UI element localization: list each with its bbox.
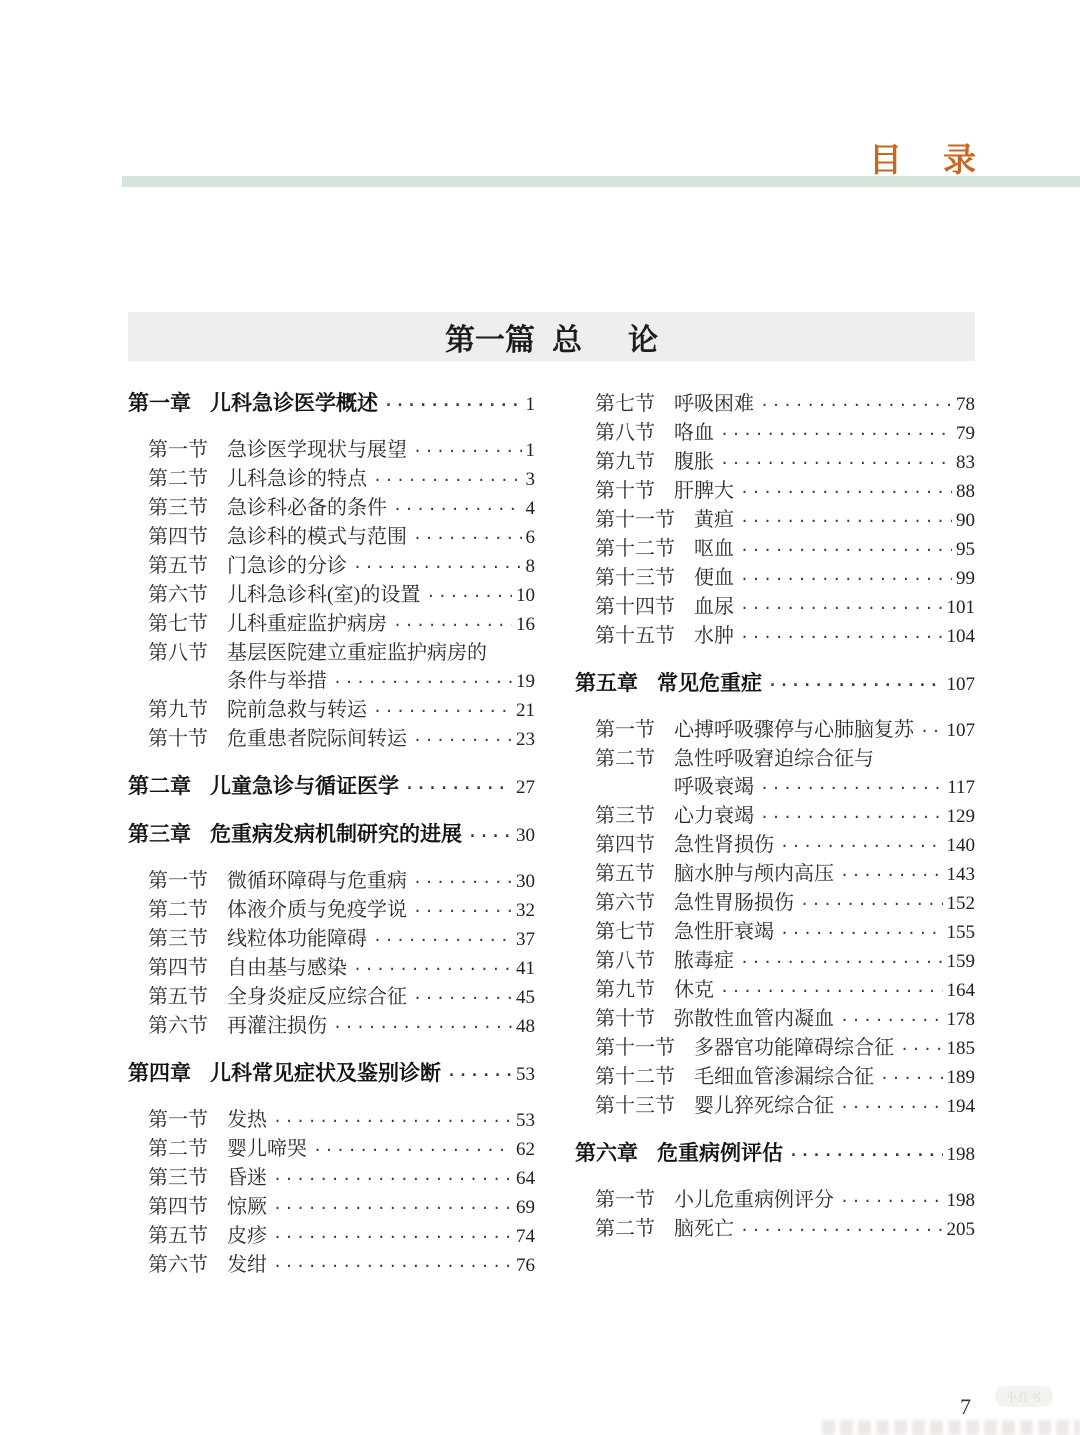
entry-label: 第三节 <box>595 802 655 830</box>
dot-leader <box>840 1187 943 1215</box>
page-number: 7 <box>960 1394 971 1420</box>
dot-leader <box>405 774 512 802</box>
entry-page-number: 1 <box>526 437 536 465</box>
toc-section-row: 第十二节毛细血管渗漏综合征189 <box>575 1063 975 1092</box>
part-title-band: 第一篇 总 论 <box>128 312 975 361</box>
entry-label: 第三节 <box>148 925 208 953</box>
dot-leader <box>780 832 943 860</box>
dot-leader <box>740 507 952 535</box>
dot-leader <box>720 977 943 1005</box>
entry-title: 儿科重症监护病房 <box>227 610 387 638</box>
entry-label: 第二节 <box>595 1215 655 1243</box>
entry-title: 急诊科的模式与范围 <box>227 523 407 551</box>
entry-title: 儿童急诊与循证医学 <box>210 773 399 801</box>
entry-page-number: 64 <box>516 1165 535 1193</box>
entry-title: 肝脾大 <box>674 477 734 505</box>
dot-leader <box>273 1107 512 1135</box>
entry-page-number: 90 <box>956 507 975 535</box>
entry-label: 第十节 <box>595 477 655 505</box>
entry-title: 惊厥 <box>227 1193 267 1221</box>
toc-chapter-row: 第三章危重病发病机制研究的进展30 <box>128 821 535 850</box>
entry-title: 急诊医学现状与展望 <box>227 436 407 464</box>
entry-title: 腹胀 <box>674 448 714 476</box>
dot-leader <box>413 524 522 552</box>
entry-label: 第十二节 <box>595 535 675 563</box>
entry-label: 第一章 <box>128 390 191 418</box>
entry-title: 毛细血管渗漏综合征 <box>694 1063 874 1091</box>
entry-title: 危重病发病机制研究的进展 <box>210 821 462 849</box>
entry-label: 第四章 <box>128 1060 191 1088</box>
entry-label: 第三节 <box>148 494 208 522</box>
entry-title: 急性肝衰竭 <box>674 918 774 946</box>
part-title-prefix: 第一篇 <box>445 315 535 359</box>
dot-leader <box>900 1035 943 1063</box>
toc-section-row: 第三节线粒体功能障碍37 <box>128 925 535 954</box>
dot-leader <box>373 926 512 954</box>
entry-page-number: 78 <box>956 391 975 419</box>
dot-leader <box>373 466 522 494</box>
dot-leader <box>273 1252 512 1280</box>
entry-title: 多器官功能障碍综合征 <box>694 1034 894 1062</box>
toc-section-row: 第一节小儿危重病例评分198 <box>575 1186 975 1215</box>
dot-leader <box>384 391 522 419</box>
entry-page-number: 189 <box>947 1064 976 1092</box>
entry-label: 第一节 <box>148 436 208 464</box>
toc-section-row: 第三节心力衰竭129 <box>575 802 975 831</box>
entry-title: 儿科急诊的特点 <box>227 465 367 493</box>
dot-leader <box>740 948 943 976</box>
entry-title: 脑水肿与颅内高压 <box>674 860 834 888</box>
entry-label: 第六章 <box>575 1140 638 1168</box>
entry-label: 第八节 <box>148 639 208 667</box>
entry-page-number: 23 <box>516 726 535 754</box>
entry-page-number: 178 <box>947 1006 976 1034</box>
entry-label: 第八节 <box>595 947 655 975</box>
entry-title: 小儿危重病例评分 <box>674 1186 834 1214</box>
dot-leader <box>740 565 952 593</box>
entry-page-number: 104 <box>947 623 976 651</box>
entry-label: 第七节 <box>595 390 655 418</box>
toc-section-row: 第十节肝脾大88 <box>575 477 975 506</box>
dot-leader <box>333 668 512 696</box>
dot-leader <box>740 623 943 651</box>
entry-page-number: 27 <box>516 774 535 802</box>
entry-title: 发热 <box>227 1106 267 1134</box>
toc-section-row: 第七节急性肝衰竭155 <box>575 918 975 947</box>
dot-leader <box>768 671 943 699</box>
entry-label: 第二节 <box>148 1135 208 1163</box>
toc-section-row: 第八节基层医院建立重症监护病房的 <box>128 639 535 667</box>
toc-section-row: 第五节门急诊的分诊8 <box>128 552 535 581</box>
entry-label: 第五章 <box>575 670 638 698</box>
entry-title: 儿科急诊科(室)的设置 <box>227 581 420 609</box>
dot-leader <box>273 1165 512 1193</box>
toc-section-row: 第四节急性肾损伤140 <box>575 831 975 860</box>
entry-page-number: 185 <box>947 1035 976 1063</box>
entry-label: 第十三节 <box>595 1092 675 1120</box>
entry-title: 黄疸 <box>694 506 734 534</box>
entry-page-number: 79 <box>956 420 975 448</box>
entry-label: 第六节 <box>148 1012 208 1040</box>
entry-label: 第一节 <box>595 716 655 744</box>
entry-label: 第五节 <box>595 860 655 888</box>
entry-label: 第二章 <box>128 773 191 801</box>
entry-title: 危重患者院际间转运 <box>227 725 407 753</box>
entry-page-number: 30 <box>516 822 535 850</box>
entry-label: 第八节 <box>595 419 655 447</box>
toc-section-row: 第九节院前急救与转运21 <box>128 696 535 725</box>
part-title-word: 论 <box>628 315 658 359</box>
dot-leader <box>920 717 943 745</box>
entry-title: 便血 <box>694 564 734 592</box>
entry-label: 第七节 <box>148 610 208 638</box>
toc-chapter-row: 第五章常见危重症107 <box>575 670 975 699</box>
entry-label: 第九节 <box>595 448 655 476</box>
toc-section-row: 第十三节便血99 <box>575 564 975 593</box>
page-title: 目 录 <box>869 134 980 181</box>
dot-leader <box>353 553 522 581</box>
toc-chapter-row: 第二章儿童急诊与循证医学27 <box>128 773 535 802</box>
entry-title: 婴儿啼哭 <box>227 1135 307 1163</box>
toc-section-row: 第四节急诊科的模式与范围6 <box>128 523 535 552</box>
dot-leader <box>840 1006 943 1034</box>
entry-label: 第二节 <box>148 465 208 493</box>
toc-section-row: 第八节咯血79 <box>575 419 975 448</box>
entry-page-number: 198 <box>947 1187 976 1215</box>
entry-title: 发绀 <box>227 1251 267 1279</box>
entry-title: 休克 <box>674 976 714 1004</box>
entry-title: 院前急救与转运 <box>227 696 367 724</box>
entry-label: 第一节 <box>148 867 208 895</box>
entry-page-number: 99 <box>956 565 975 593</box>
toc-section-row: 第二节体液介质与免疫学说32 <box>128 896 535 925</box>
entry-label: 第一节 <box>595 1186 655 1214</box>
dot-leader <box>313 1136 512 1164</box>
toc-section-row: 第四节自由基与感染41 <box>128 954 535 983</box>
entry-page-number: 101 <box>947 594 976 622</box>
entry-label: 第四节 <box>148 1193 208 1221</box>
dot-leader <box>413 897 512 925</box>
entry-page-number: 6 <box>526 524 536 552</box>
entry-page-number: 30 <box>516 868 535 896</box>
header-divider-band <box>122 176 1080 187</box>
dot-leader <box>447 1061 512 1089</box>
toc-section-row: 第十三节婴儿猝死综合征194 <box>575 1092 975 1121</box>
entry-page-number: 88 <box>956 478 975 506</box>
entry-label: 第三章 <box>128 821 191 849</box>
dot-leader <box>413 437 522 465</box>
dot-leader <box>789 1141 943 1169</box>
toc-section-row: 第五节全身炎症反应综合征45 <box>128 983 535 1012</box>
entry-title: 呼吸困难 <box>674 390 754 418</box>
entry-title: 皮疹 <box>227 1222 267 1250</box>
entry-label: 第九节 <box>148 696 208 724</box>
toc-section-row: 第一节心搏呼吸骤停与心肺脑复苏107 <box>575 716 975 745</box>
dot-leader <box>720 420 952 448</box>
entry-page-number: 19 <box>516 668 535 696</box>
entry-label: 第九节 <box>595 976 655 1004</box>
entry-label: 第四节 <box>148 523 208 551</box>
entry-label: 第十节 <box>148 725 208 753</box>
entry-title: 心力衰竭 <box>674 802 754 830</box>
entry-page-number: 95 <box>956 536 975 564</box>
toc-column-right: 第七节呼吸困难78第八节咯血79第九节腹胀83第十节肝脾大88第十一节黄疸90第… <box>575 390 975 1280</box>
dot-leader <box>740 536 952 564</box>
entry-label: 第七节 <box>595 918 655 946</box>
toc-section-row: 第一节微循环障碍与危重病30 <box>128 867 535 896</box>
entry-label: 第五节 <box>148 1222 208 1250</box>
entry-page-number: 117 <box>947 774 975 802</box>
watermark-badge: 小红书 <box>995 1386 1053 1407</box>
entry-label: 第十一节 <box>595 506 675 534</box>
dot-leader <box>780 919 943 947</box>
entry-title: 体液介质与免疫学说 <box>227 896 407 924</box>
dot-leader <box>740 594 943 622</box>
entry-page-number: 107 <box>947 717 976 745</box>
entry-title: 基层医院建立重症监护病房的 <box>227 639 487 667</box>
dot-leader <box>333 1013 512 1041</box>
entry-title: 急诊科必备的条件 <box>227 494 387 522</box>
dot-leader <box>413 984 512 1012</box>
book-page: 目 录 第一篇 总 论 第一章儿科急诊医学概述1第一节急诊医学现状与展望1第二节… <box>0 0 1080 1435</box>
entry-page-number: 62 <box>516 1136 535 1164</box>
toc-section-row: 第一节急诊医学现状与展望1 <box>128 436 535 465</box>
entry-label: 第十五节 <box>595 622 675 650</box>
dot-leader <box>413 868 512 896</box>
toc-section-row: 第十节弥散性血管内凝血178 <box>575 1005 975 1034</box>
entry-page-number: 74 <box>516 1223 535 1251</box>
entry-title: 呕血 <box>694 535 734 563</box>
entry-title: 全身炎症反应综合征 <box>227 983 407 1011</box>
entry-page-number: 83 <box>956 449 975 477</box>
entry-title: 水肿 <box>694 622 734 650</box>
entry-title: 昏迷 <box>227 1164 267 1192</box>
entry-title: 急性肾损伤 <box>674 831 774 859</box>
entry-title: 儿科常见症状及鉴别诊断 <box>210 1060 441 1088</box>
entry-title: 再灌注损伤 <box>227 1012 327 1040</box>
entry-page-number: 53 <box>516 1061 535 1089</box>
entry-title: 婴儿猝死综合征 <box>694 1092 834 1120</box>
entry-page-number: 140 <box>947 832 976 860</box>
dot-leader <box>393 495 522 523</box>
entry-title: 弥散性血管内凝血 <box>674 1005 834 1033</box>
dot-leader <box>740 478 952 506</box>
dot-leader <box>880 1064 943 1092</box>
toc-section-row-continuation: 条件与举措19 <box>128 667 535 696</box>
entry-page-number: 76 <box>516 1252 535 1280</box>
entry-page-number: 194 <box>947 1093 976 1121</box>
entry-label: 第六节 <box>148 1251 208 1279</box>
dot-leader <box>413 726 512 754</box>
part-title-word: 总 <box>552 315 582 359</box>
entry-title-continuation: 条件与举措 <box>227 667 327 695</box>
toc-section-row: 第三节昏迷64 <box>128 1164 535 1193</box>
entry-page-number: 45 <box>516 984 535 1012</box>
toc-chapter-row: 第六章危重病例评估198 <box>575 1140 975 1169</box>
dot-leader <box>760 774 943 802</box>
entry-title-continuation: 呼吸衰竭 <box>674 773 754 801</box>
entry-page-number: 8 <box>526 553 536 581</box>
toc-section-row: 第三节急诊科必备的条件4 <box>128 494 535 523</box>
entry-page-number: 205 <box>947 1216 976 1244</box>
entry-title: 咯血 <box>674 419 714 447</box>
entry-page-number: 4 <box>526 495 536 523</box>
dot-leader <box>760 803 943 831</box>
footer-watermark-blur <box>822 1420 1080 1435</box>
toc-section-row: 第二节脑死亡205 <box>575 1215 975 1244</box>
toc-section-row-continuation: 呼吸衰竭117 <box>575 773 975 802</box>
toc-column-left: 第一章儿科急诊医学概述1第一节急诊医学现状与展望1第二节儿科急诊的特点3第三节急… <box>128 390 535 1280</box>
entry-page-number: 143 <box>947 861 976 889</box>
entry-page-number: 129 <box>947 803 976 831</box>
toc-section-row: 第十节危重患者院际间转运23 <box>128 725 535 754</box>
dot-leader <box>273 1223 512 1251</box>
toc-section-row: 第十四节血尿101 <box>575 593 975 622</box>
toc-section-row: 第六节急性胃肠损伤152 <box>575 889 975 918</box>
entry-label: 第一节 <box>148 1106 208 1134</box>
entry-label: 第四节 <box>595 831 655 859</box>
entry-page-number: 198 <box>947 1141 976 1169</box>
dot-leader <box>740 1216 943 1244</box>
toc-section-row: 第六节发绀76 <box>128 1251 535 1280</box>
entry-page-number: 152 <box>947 890 976 918</box>
entry-title: 血尿 <box>694 593 734 621</box>
dot-leader <box>273 1194 512 1222</box>
entry-page-number: 1 <box>526 391 536 419</box>
entry-title: 门急诊的分诊 <box>227 552 347 580</box>
entry-label: 第十二节 <box>595 1063 675 1091</box>
toc-chapter-row: 第四章儿科常见症状及鉴别诊断53 <box>128 1060 535 1089</box>
entry-page-number: 41 <box>516 955 535 983</box>
toc-section-row: 第二节儿科急诊的特点3 <box>128 465 535 494</box>
entry-title: 危重病例评估 <box>657 1140 783 1168</box>
dot-leader <box>760 391 952 419</box>
toc-section-row: 第五节皮疹74 <box>128 1222 535 1251</box>
entry-label: 第四节 <box>148 954 208 982</box>
entry-page-number: 21 <box>516 697 535 725</box>
entry-label: 第三节 <box>148 1164 208 1192</box>
entry-page-number: 32 <box>516 897 535 925</box>
toc-chapter-row: 第一章儿科急诊医学概述1 <box>128 390 535 419</box>
entry-label: 第二节 <box>595 745 655 773</box>
entry-title: 线粒体功能障碍 <box>227 925 367 953</box>
entry-page-number: 37 <box>516 926 535 954</box>
toc-columns: 第一章儿科急诊医学概述1第一节急诊医学现状与展望1第二节儿科急诊的特点3第三节急… <box>128 390 975 1280</box>
entry-page-number: 164 <box>947 977 976 1005</box>
entry-page-number: 3 <box>526 466 536 494</box>
entry-page-number: 155 <box>947 919 976 947</box>
entry-title: 急性胃肠损伤 <box>674 889 794 917</box>
dot-leader <box>373 697 512 725</box>
entry-title: 常见危重症 <box>657 670 762 698</box>
entry-label: 第五节 <box>148 552 208 580</box>
toc-section-row: 第二节急性呼吸窘迫综合征与 <box>575 745 975 773</box>
toc-section-row: 第十一节多器官功能障碍综合征185 <box>575 1034 975 1063</box>
entry-label: 第二节 <box>148 896 208 924</box>
toc-section-row: 第五节脑水肿与颅内高压143 <box>575 860 975 889</box>
entry-title: 微循环障碍与危重病 <box>227 867 407 895</box>
entry-title: 自由基与感染 <box>227 954 347 982</box>
entry-page-number: 48 <box>516 1013 535 1041</box>
entry-label: 第五节 <box>148 983 208 1011</box>
dot-leader <box>426 582 512 610</box>
toc-section-row: 第六节再灌注损伤48 <box>128 1012 535 1041</box>
entry-title: 脑死亡 <box>674 1215 734 1243</box>
entry-label: 第六节 <box>148 581 208 609</box>
dot-leader <box>468 822 512 850</box>
entry-label: 第十三节 <box>595 564 675 592</box>
entry-title: 脓毒症 <box>674 947 734 975</box>
entry-page-number: 10 <box>516 582 535 610</box>
entry-title: 心搏呼吸骤停与心肺脑复苏 <box>674 716 914 744</box>
entry-page-number: 16 <box>516 611 535 639</box>
toc-section-row: 第十二节呕血95 <box>575 535 975 564</box>
entry-label: 第十节 <box>595 1005 655 1033</box>
entry-page-number: 53 <box>516 1107 535 1135</box>
toc-section-row: 第七节儿科重症监护病房16 <box>128 610 535 639</box>
entry-title: 儿科急诊医学概述 <box>210 390 378 418</box>
dot-leader <box>840 1093 943 1121</box>
entry-label: 第十四节 <box>595 593 675 621</box>
toc-section-row: 第十一节黄疸90 <box>575 506 975 535</box>
toc-section-row: 第九节腹胀83 <box>575 448 975 477</box>
dot-leader <box>720 449 952 477</box>
toc-section-row: 第八节脓毒症159 <box>575 947 975 976</box>
toc-section-row: 第七节呼吸困难78 <box>575 390 975 419</box>
dot-leader <box>840 861 943 889</box>
dot-leader <box>393 611 512 639</box>
entry-label: 第六节 <box>595 889 655 917</box>
dot-leader <box>353 955 512 983</box>
entry-page-number: 159 <box>947 948 976 976</box>
toc-section-row: 第一节发热53 <box>128 1106 535 1135</box>
entry-label: 第十一节 <box>595 1034 675 1062</box>
toc-section-row: 第四节惊厥69 <box>128 1193 535 1222</box>
toc-section-row: 第二节婴儿啼哭62 <box>128 1135 535 1164</box>
entry-page-number: 69 <box>516 1194 535 1222</box>
toc-section-row: 第六节儿科急诊科(室)的设置10 <box>128 581 535 610</box>
toc-section-row: 第十五节水肿104 <box>575 622 975 651</box>
entry-page-number: 107 <box>947 671 976 699</box>
entry-title: 急性呼吸窘迫综合征与 <box>674 745 874 773</box>
toc-section-row: 第九节休克164 <box>575 976 975 1005</box>
dot-leader <box>800 890 943 918</box>
